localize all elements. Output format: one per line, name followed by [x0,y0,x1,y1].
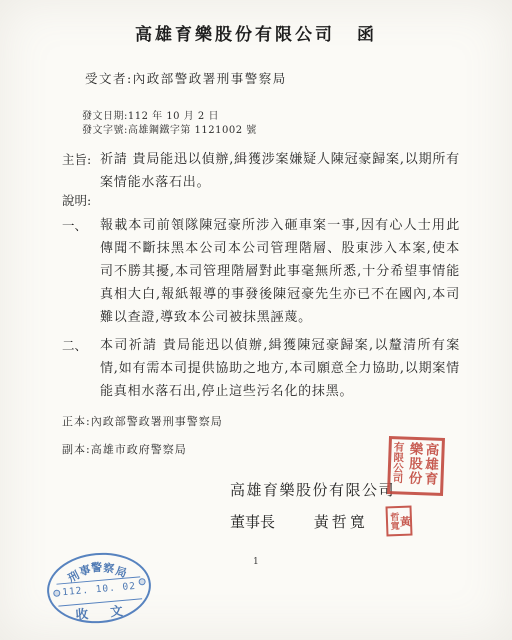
sent-date-line: 發文日期:112 年 10 月 2 日 [82,107,219,122]
company-seal-column-1: 高雄育 [421,442,439,491]
personal-seal: 黃 哲寬 [385,506,412,537]
personal-seal-left-column: 哲寬 [388,512,399,530]
signature-company: 高雄育樂股份有限公司 [230,479,395,500]
page-number: 1 [253,557,259,567]
ref-no-label: 發文字號: [82,125,128,136]
signature-name: 黃哲寬 [314,513,368,531]
subject-block: 主旨: 祈請 貴局能迅以偵辦,緝獲涉案嫌疑人陳冠豪歸案,以期所有案情能水落石出。 [62,148,460,194]
explanation-item-1: 一、 報載本司前領隊陳冠豪所涉入砸車案一事,因有心人士用此傳聞不斷抹黑本公司本公… [62,214,460,329]
company-seal-column-3: 有限公司 [389,441,407,490]
company-seal-column-2: 樂股份 [405,442,423,491]
subject-text: 祈請 貴局能迅以偵辦,緝獲涉案嫌疑人陳冠豪歸案,以期所有案情能水落石出。 [100,148,460,194]
copy-value: 高雄市政府警察局 [91,443,187,456]
item-2-number: 二、 [62,334,100,357]
document-title: 高雄育樂股份有限公司函 [0,20,512,45]
official-letter-page: 高雄育樂股份有限公司函 受文者:內政部警政署刑事警察局 發文日期:112 年 1… [0,0,512,640]
original-recipient-line: 正本:內政部警政署刑事警察局 [62,413,223,429]
explanation-item-2: 二、 本司祈請 貴局能迅以偵辦,緝獲陳冠豪歸案,以釐清所有案情,如有需本司提供協… [62,334,460,403]
receive-stamp: 刑事警察局 112. 10. 02 收 文 [44,549,154,628]
personal-seal-right-column: 黃 [399,515,409,526]
original-label: 正本: [62,415,91,428]
item-1-number: 一、 [62,214,100,237]
company-name: 高雄育樂股份有限公司 [135,25,335,45]
recipient-value: 內政部警政署刑事警察局 [133,71,287,86]
recipient-label: 受文者: [85,71,133,86]
signature-title: 董事長 [230,513,275,531]
ref-no-value: 高雄鋼鐵字第 1121002 號 [128,125,257,136]
company-seal: 高雄育 樂股份 有限公司 [387,436,445,496]
copy-recipient-line: 副本:高雄市政府警察局 [62,441,187,457]
doc-type-label: 函 [357,25,377,45]
item-2-text: 本司祈請 貴局能迅以偵辦,緝獲陳冠豪歸案,以釐清所有案情,如有需本司提供協助之地… [100,334,460,403]
original-value: 內政部警政署刑事警察局 [91,415,223,428]
subject-label: 主旨: [62,148,100,171]
recipient-line: 受文者:內政部警政署刑事警察局 [85,69,287,87]
copy-label: 副本: [62,443,91,456]
ref-no-line: 發文字號:高雄鋼鐵字第 1121002 號 [82,121,257,136]
explanation-label: 說明: [62,191,91,209]
signature-line: 董事長 黃哲寬 [230,511,368,532]
item-1-text: 報載本司前領隊陳冠豪所涉入砸車案一事,因有心人士用此傳聞不斷抹黑本公司本公司管理… [100,214,460,329]
